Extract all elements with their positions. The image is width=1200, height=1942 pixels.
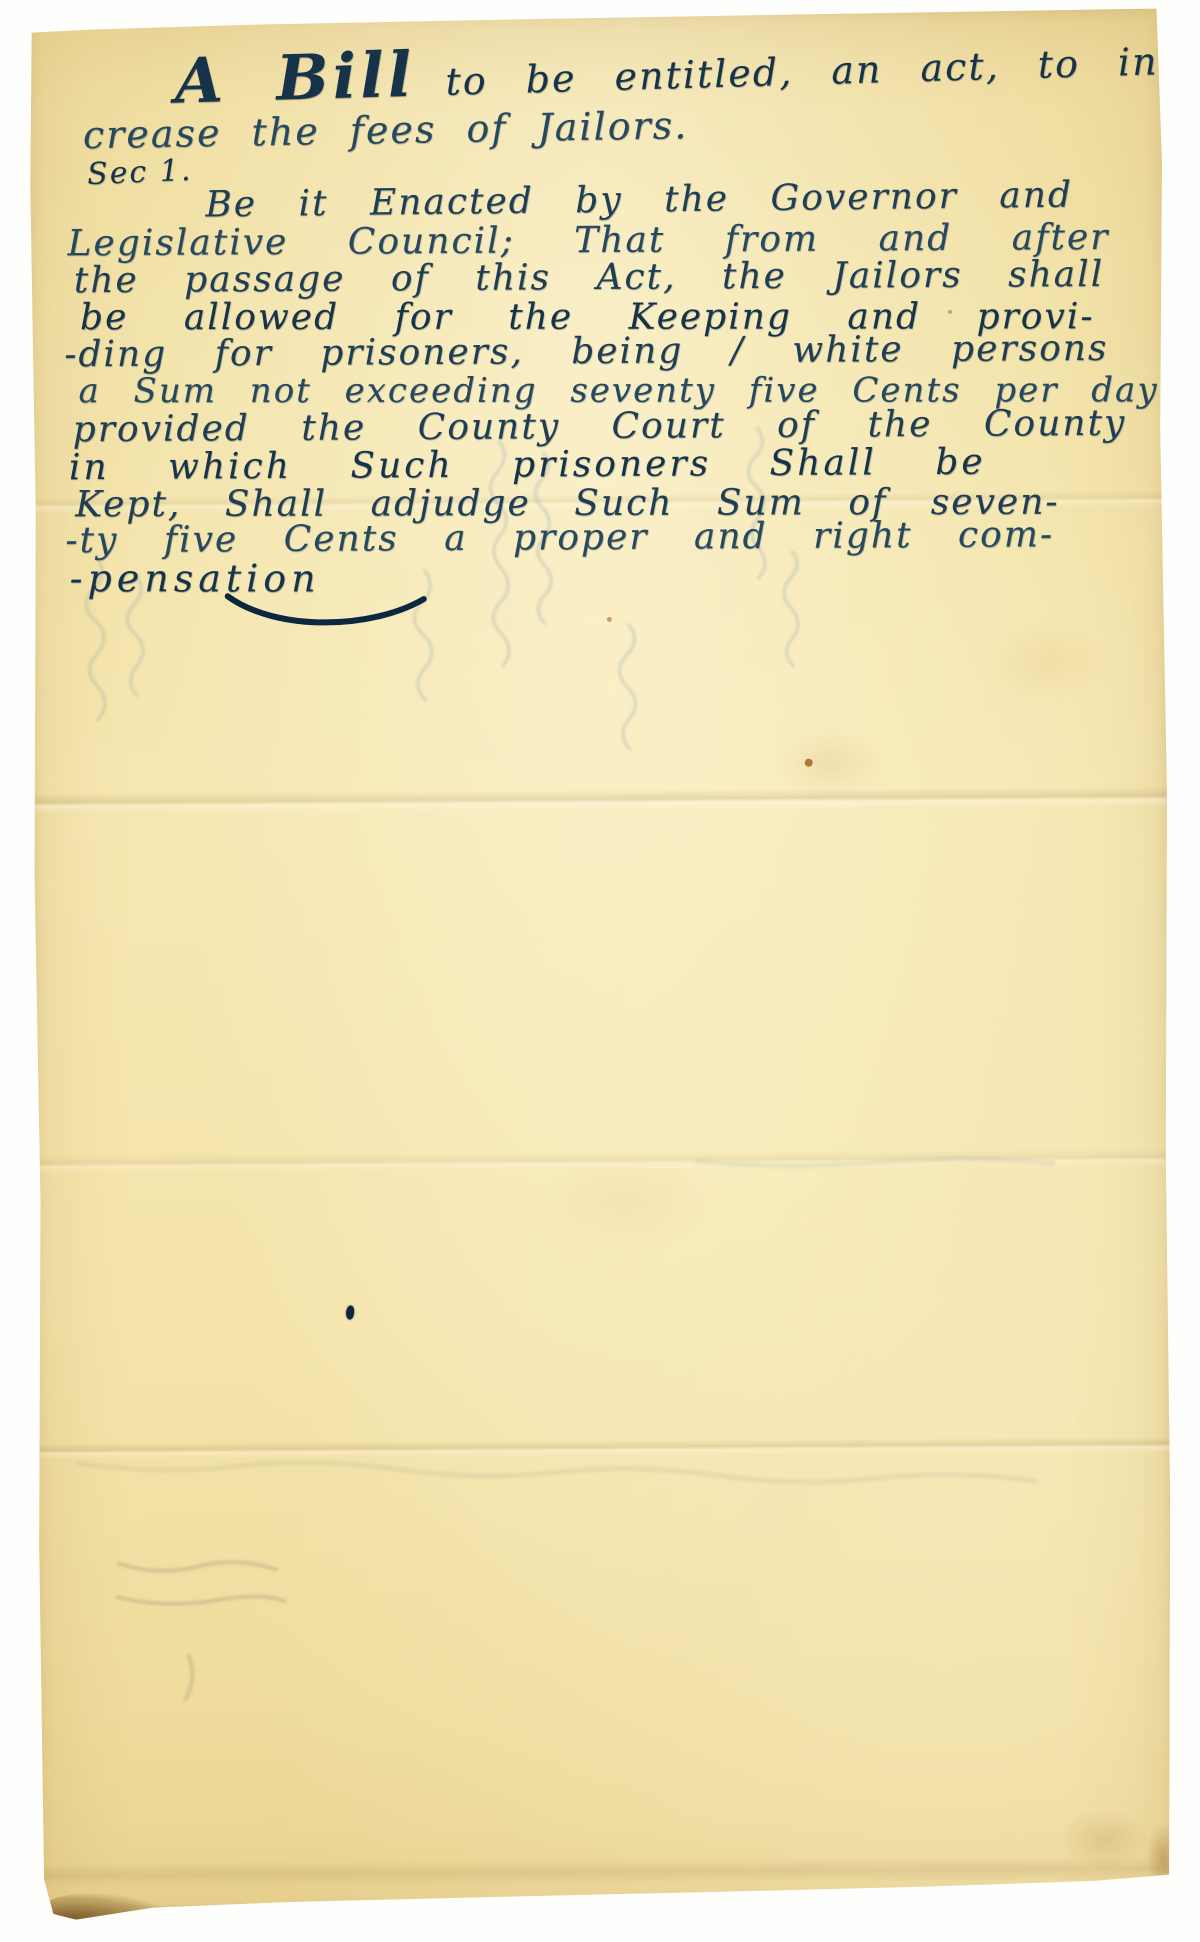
heading-opening-words: A Bill <box>174 38 417 118</box>
fold-crease <box>37 1437 1171 1460</box>
manuscript-line: the passage of this Act, the Jailors sha… <box>74 254 1105 301</box>
age-stain <box>535 1151 716 1252</box>
ink-blot <box>345 1305 355 1320</box>
manuscript-line: -ty five Cents a proper and right com- <box>65 514 1054 561</box>
paper-bottom-edge <box>40 1897 1174 1922</box>
fold-crease <box>35 1149 1169 1174</box>
rust-speck <box>805 759 813 767</box>
age-stain <box>982 619 1113 706</box>
age-stain <box>775 726 885 799</box>
scan-background: A Billto be entitled, an act, to in- cre… <box>0 0 1200 1942</box>
rust-speck <box>607 617 612 622</box>
manuscript-line: Sec 1. <box>86 153 193 192</box>
fold-crease <box>33 787 1167 814</box>
pencil-page-annotation: 2 - 7 <box>975 1881 1065 1916</box>
fold-crease <box>39 1857 1173 1888</box>
corner-curl <box>46 1893 166 1924</box>
manuscript-line: -ding for prisoners, being / white perso… <box>64 328 1108 375</box>
manuscript-line: -pensation <box>70 556 321 600</box>
manuscript-heading-line: A Billto be entitled, an act, to in- <box>174 16 1175 118</box>
heading-continuation: to be entitled, an act, to in- <box>445 39 1174 104</box>
paper-sheet: A Billto be entitled, an act, to in- cre… <box>28 9 1174 1928</box>
edge-wear <box>1145 1823 1171 1893</box>
manuscript-line: crease the fees of Jailors. <box>83 103 689 157</box>
age-stain <box>1059 1809 1149 1870</box>
